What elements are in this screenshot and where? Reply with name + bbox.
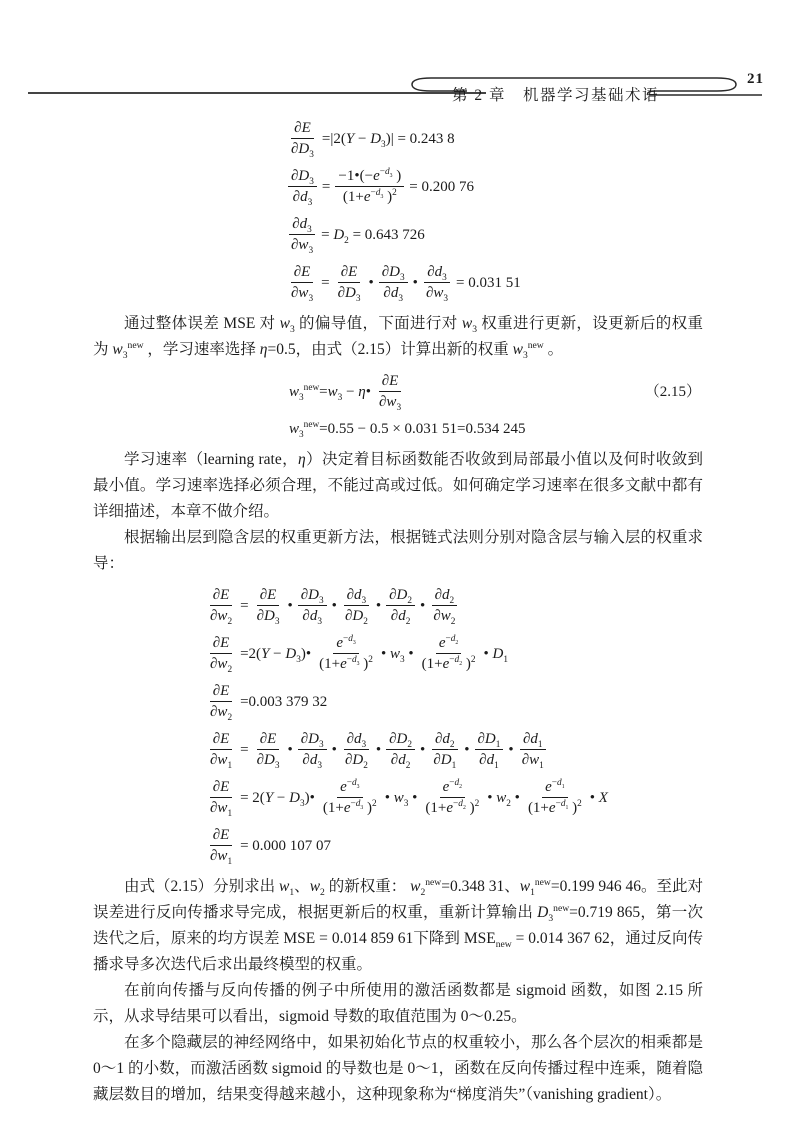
equation-dE-dw2-value: ∂E∂w2=0.003 379 32	[205, 682, 703, 721]
header-rule-ornament	[0, 70, 793, 102]
fraction: ∂D3∂d3	[298, 730, 327, 769]
fraction: ∂E∂w2	[207, 586, 235, 625]
equation-text: =	[322, 178, 330, 196]
page-number: 21	[747, 71, 764, 88]
fraction: e−d1(1+e−d1 )2	[525, 778, 585, 817]
fraction: ∂E∂w2	[207, 634, 235, 673]
equation-text: =0.003 379 32	[240, 693, 327, 711]
fraction: ∂d2∂D1	[430, 730, 459, 769]
equation-text: = 0.031 51	[456, 274, 521, 292]
equation-text: • w2 •	[487, 789, 520, 807]
fraction: ∂E∂D3	[288, 119, 317, 158]
paragraph-new-weights-result: 由式（2.15）分别求出 w1、w2 的新权重： w2new=0.348 31、…	[93, 874, 703, 978]
fraction: ∂D2∂d2	[386, 586, 415, 625]
equation-text: =|2(Y − D3)| = 0.243 8	[322, 130, 455, 148]
fraction: ∂D3∂d3	[288, 167, 317, 206]
fraction: ∂D3∂d3	[298, 586, 327, 625]
equation-text: •	[287, 597, 292, 615]
paragraph-sigmoid-range: 在前向传播与反向传播的例子中所使用的激活函数都是 sigmoid 函数，如图 2…	[93, 978, 703, 1030]
fraction: ∂E∂w1	[207, 826, 235, 865]
equation-number: （2.15）	[645, 383, 703, 401]
equation-text: •	[464, 741, 469, 759]
equation-text: •	[287, 741, 292, 759]
fraction: e−d2(1+e−d2 )2	[422, 778, 482, 817]
equation-text: •	[332, 597, 337, 615]
equation-text: • w3 •	[385, 789, 418, 807]
fraction: ∂E∂D3	[254, 586, 283, 625]
equation-block-w1: ∂E∂w1=∂E∂D3•∂D3∂d3•∂d3∂D2•∂D2∂d2•∂d2∂D1•…	[205, 730, 703, 865]
equation-dE-dw2-chain: ∂E∂w2=∂E∂D3•∂D3∂d3•∂d3∂D2•∂D2∂d2•∂d2∂w2	[205, 586, 703, 625]
equation-text: =	[240, 741, 248, 759]
fraction: ∂D2∂d2	[386, 730, 415, 769]
page-body: ∂E∂D3=|2(Y − D3)| = 0.243 8 ∂D3∂d3=−1•(−…	[93, 110, 703, 1108]
paragraph-learning-rate: 学习速率（learning rate，η）决定着目标函数能否收敛到局部最小值以及…	[93, 447, 703, 525]
fraction: ∂d3∂D2	[342, 586, 371, 625]
equation-dE-dw3-chain: ∂E∂w3=∂E∂D3•∂D3∂d3•∂d3∂w3= 0.031 51	[286, 263, 703, 302]
equation-text: w3new=0.55 − 0.5 × 0.031 51=0.534 245	[289, 420, 526, 438]
fraction: e−d3(1+e−d3 )2	[316, 634, 376, 673]
book-page: 第 2 章 机器学习基础术语 21 ∂E∂D3=|2(Y − D3)| = 0.…	[0, 0, 793, 1122]
fraction: ∂E∂w1	[207, 778, 235, 817]
fraction: ∂E∂w3	[376, 372, 404, 411]
equation-block-215: w3new=w3 − η•∂E∂w3（2.15） w3new=0.55 − 0.…	[286, 372, 703, 438]
equation-text: •	[420, 741, 425, 759]
equation-dE-dD3: ∂E∂D3=|2(Y − D3)| = 0.243 8	[286, 119, 703, 158]
fraction: ∂D1∂d1	[475, 730, 504, 769]
fraction: ∂d2∂w2	[430, 586, 458, 625]
equation-dE-dw1-expanded: ∂E∂w1= 2(Y − D3)•e−d3(1+e−d3 )2• w3 •e−d…	[205, 778, 703, 817]
equation-text: •	[508, 741, 513, 759]
equation-dD3-dd3: ∂D3∂d3=−1•(−e−d3 )(1+e−d3 )2= 0.200 76	[286, 167, 703, 206]
equation-text: =	[240, 597, 248, 615]
equation-text: = 0.000 107 07	[240, 837, 331, 855]
equation-dE-dw1-value: ∂E∂w1= 0.000 107 07	[205, 826, 703, 865]
fraction: ∂E∂w3	[288, 263, 316, 302]
fraction: ∂E∂D3	[335, 263, 364, 302]
equation-text: =2(Y − D3)•	[240, 645, 311, 663]
paragraph-chain-rule-intro: 根据输出层到隐含层的权重更新方法，根据链式法则分别对隐含层与输入层的权重求导：	[93, 525, 703, 577]
paragraph-weight-update-intro: 通过整体误差 MSE 对 w3 的偏导值，下面进行对 w3 权重进行更新，设更新…	[93, 311, 703, 363]
fraction: −1•(−e−d3 )(1+e−d3 )2	[335, 167, 404, 206]
fraction: ∂E∂w2	[207, 682, 235, 721]
fraction: ∂D3∂d3	[379, 263, 408, 302]
fraction: ∂E∂D3	[254, 730, 283, 769]
fraction: ∂d3∂w3	[423, 263, 451, 302]
equation-text: •	[368, 274, 373, 292]
equation-dE-dw2-expanded: ∂E∂w2=2(Y − D3)•e−d3(1+e−d3 )2• w3 •e−d2…	[205, 634, 703, 673]
equation-text: =	[321, 274, 329, 292]
equation-text: = 2(Y − D3)•	[240, 789, 315, 807]
chapter-title: 第 2 章 机器学习基础术语	[452, 83, 659, 105]
equation-text: w3new=w3 − η•	[289, 383, 371, 401]
equation-dd3-dw3: ∂d3∂w3= D2 = 0.643 726	[286, 215, 703, 254]
fraction: ∂d3∂w3	[288, 215, 316, 254]
fraction: ∂d1∂w1	[519, 730, 547, 769]
equation-text: • w3 •	[381, 645, 414, 663]
equation-text: •	[376, 741, 381, 759]
equation-block-w2: ∂E∂w2=∂E∂D3•∂D3∂d3•∂d3∂D2•∂D2∂d2•∂d2∂w2 …	[205, 586, 703, 721]
fraction: ∂E∂w1	[207, 730, 235, 769]
equation-text: = D2 = 0.643 726	[321, 226, 425, 244]
equation-text: •	[420, 597, 425, 615]
equation-w3new-value: w3new=0.55 − 0.5 × 0.031 51=0.534 245	[286, 420, 703, 438]
equation-text: •	[332, 741, 337, 759]
equation-text: • D1	[483, 645, 508, 663]
equation-text: •	[376, 597, 381, 615]
fraction: ∂d3∂D2	[342, 730, 371, 769]
equation-block-w3: ∂E∂D3=|2(Y − D3)| = 0.243 8 ∂D3∂d3=−1•(−…	[286, 119, 703, 302]
equation-text: •	[413, 274, 418, 292]
equation-text: • X	[590, 789, 608, 807]
equation-2-15: w3new=w3 − η•∂E∂w3（2.15）	[286, 372, 703, 411]
fraction: e−d3(1+e−d3 )2	[320, 778, 380, 817]
paragraph-vanishing-gradient: 在多个隐藏层的神经网络中，如果初始化节点的权重较小，那么各个层次的相乘都是 0～…	[93, 1030, 703, 1108]
equation-text: = 0.200 76	[409, 178, 474, 196]
fraction: e−d2(1+e−d2 )2	[419, 634, 479, 673]
equation-dE-dw1-chain: ∂E∂w1=∂E∂D3•∂D3∂d3•∂d3∂D2•∂D2∂d2•∂d2∂D1•…	[205, 730, 703, 769]
